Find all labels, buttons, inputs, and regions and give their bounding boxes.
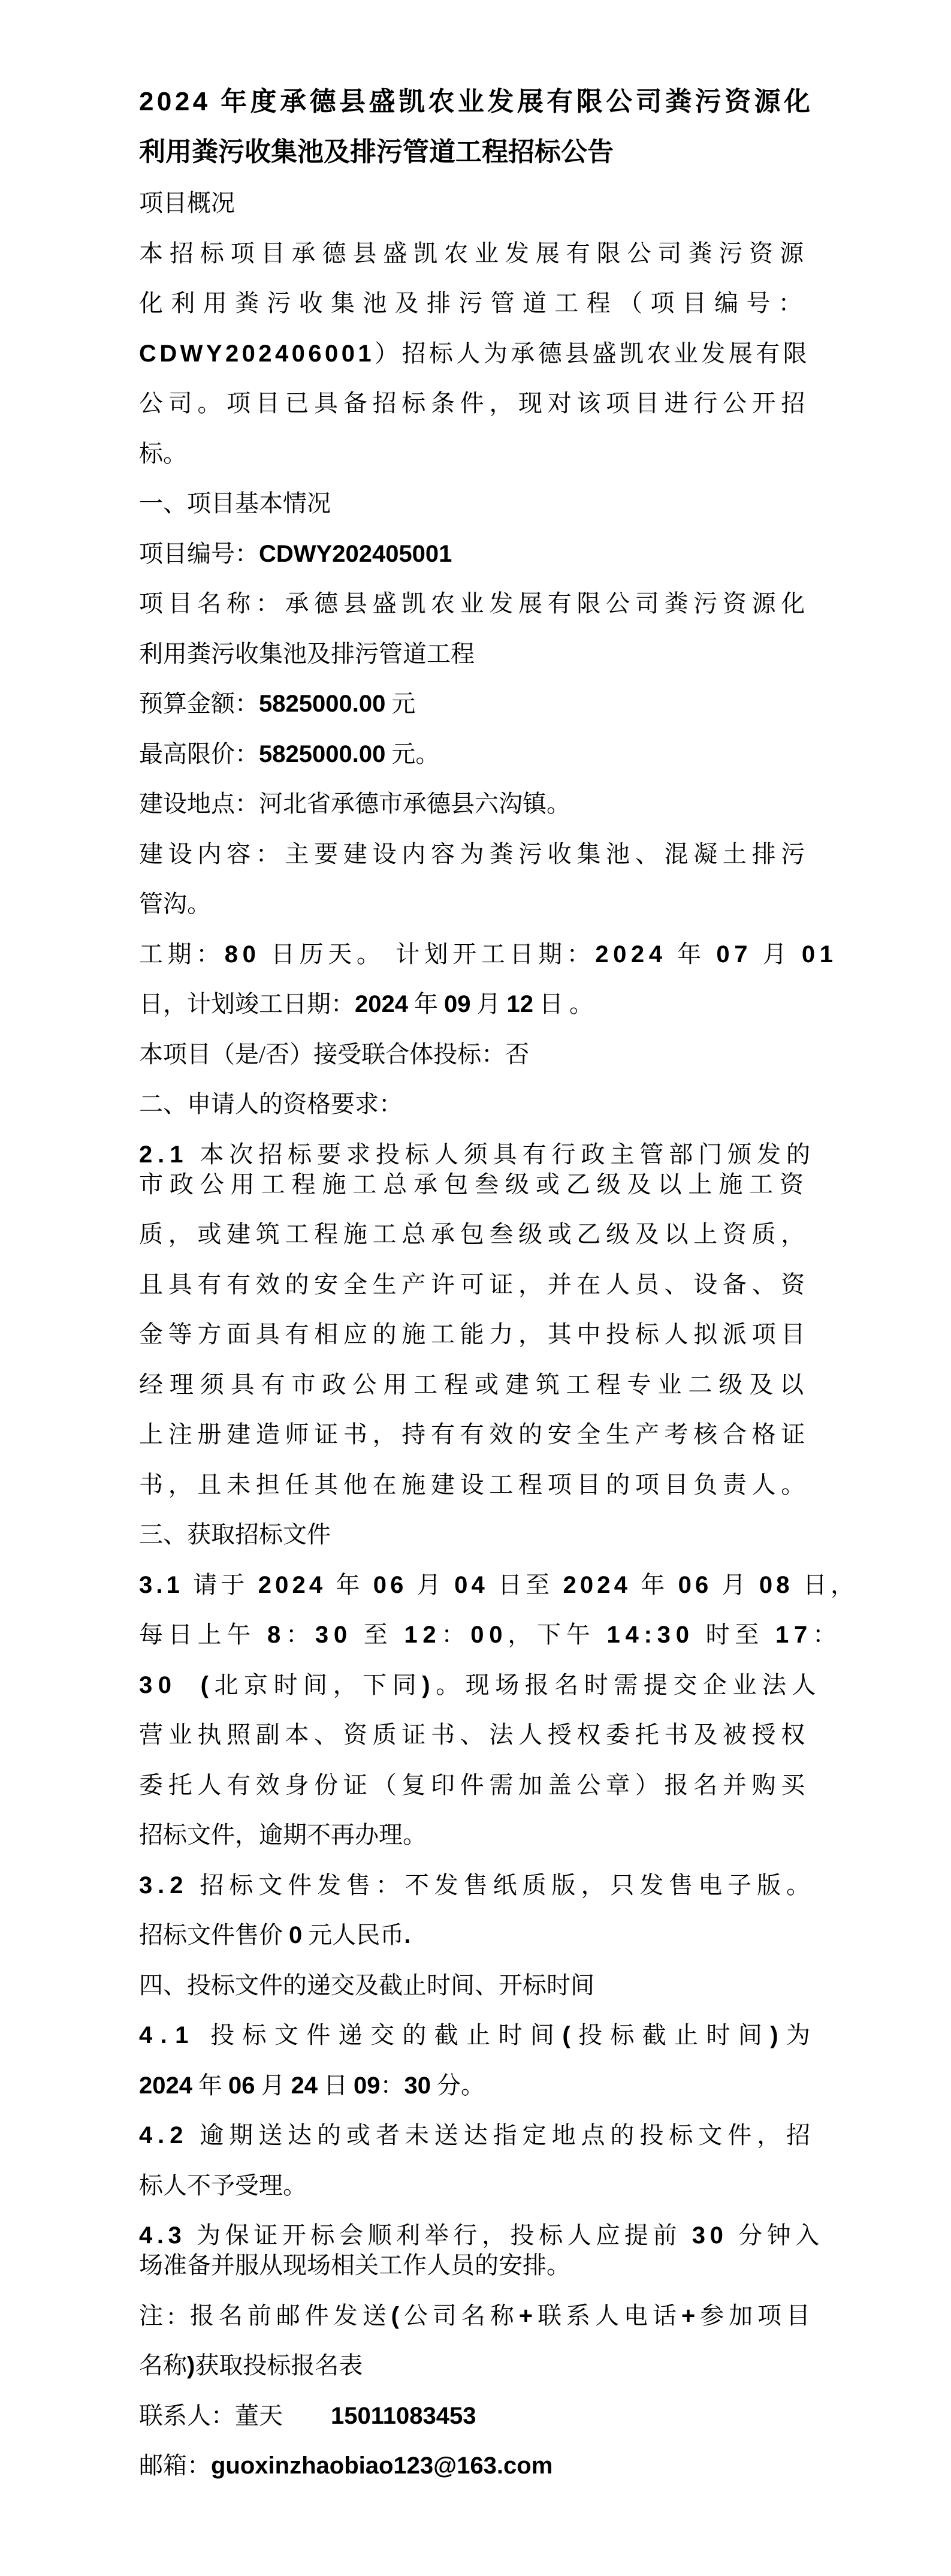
email-line: 邮箱：guoxinzhaobiao123@163.com [139, 2454, 810, 2478]
document-body: 2024 年度承德县盛凯农业发展有限公司粪污资源化利用粪污收集池及排污管道工程招… [139, 89, 810, 2478]
document-page: 2024 年度承德县盛凯农业发展有限公司粪污资源化利用粪污收集池及排污管道工程招… [0, 0, 951, 2576]
line-text: 4.2 逾期送达的或者未送达指定地点的投标文件，招 [139, 2123, 816, 2147]
location-line: 建设地点：河北省承德市承德县六沟镇。 [139, 792, 810, 816]
line-text: 3.2 招标文件发售：不发售纸质版，只发售电子版。 [139, 1873, 816, 1897]
body-line: 4.3 为保证开标会顺利举行，投标人应提前 30 分钟入 [139, 2224, 810, 2247]
section-heading: 一、项目基本情况 [139, 492, 810, 516]
contact-person-line: 联系人：董天 15011083453 [139, 2404, 810, 2428]
line-text: 且具有有效的安全生产许可证，并在人员、设备、资 [139, 1273, 810, 1297]
line-text: 3.1 请于 2024 年 06 月 04 日至 2024 年 06 月 08 … [139, 1573, 858, 1597]
line-text: 化利用粪污收集池及排污管道工程（项目编号： [139, 291, 810, 315]
line-text: 招标文件，逾期不再办理。 [139, 1823, 427, 1847]
line-text: 项目名称：承德县盛凯农业发展有限公司粪污资源化 [139, 592, 810, 616]
body-line: 4.2 逾期送达的或者未送达指定地点的投标文件，招 [139, 2123, 810, 2147]
line-text: 四、投标文件的递交及截止时间、开标时间 [139, 1974, 594, 1997]
body-line: 营业执照副本、资质证书、法人授权委托书及被授权 [139, 1723, 810, 1747]
line-text: 项目编号：CDWY202405001 [139, 542, 452, 566]
line-text: 建设地点：河北省承德市承德县六沟镇。 [139, 792, 570, 816]
line-text: 每日上午 8：30 至 12：00，下午 14:30 时至 17： [139, 1623, 842, 1647]
project-name-line: 项目名称：承德县盛凯农业发展有限公司粪污资源化 [139, 592, 810, 616]
body-line: 上注册建造师证书，持有有效的安全生产考核合格证 [139, 1423, 810, 1447]
body-line: 化利用粪污收集池及排污管道工程（项目编号： [139, 291, 810, 315]
body-line: 公司。项目已具备招标条件，现对该项目进行公开招 [139, 391, 810, 415]
line-text: 利用粪污收集池及排污管道工程招标公告 [139, 139, 614, 165]
line-text: 联系人：董天 15011083453 [139, 2404, 476, 2428]
line-text: 2024 年 06 月 24 日 09：30 分。 [139, 2074, 485, 2098]
body-line: 4.1 投标文件递交的截止时间(投标截止时间)为 [139, 2023, 810, 2047]
body-line: 书，且未担任其他在施建设工程项目的项目负责人。 [139, 1473, 810, 1497]
section-heading: 三、获取招标文件 [139, 1523, 810, 1547]
line-text: 标。 [139, 442, 187, 466]
line-text: 本招标项目承德县盛凯农业发展有限公司粪污资源 [139, 242, 810, 266]
body-line: 3.1 请于 2024 年 06 月 04 日至 2024 年 06 月 08 … [139, 1573, 810, 1597]
line-text: 场准备并服从现场相关工作人员的安排。 [139, 2253, 570, 2277]
body-line: 2.1 本次招标要求投标人须具有行政主管部门颁发的 [139, 1143, 810, 1167]
body-line: 质，或建筑工程施工总承包叁级或乙级及以上资质， [139, 1222, 810, 1246]
document-title-line: 2024 年度承德县盛凯农业发展有限公司粪污资源化 [139, 89, 810, 115]
body-line: 场准备并服从现场相关工作人员的安排。 [139, 2253, 810, 2277]
body-line: 2024 年 06 月 24 日 09：30 分。 [139, 2074, 810, 2098]
line-text: 工期：80 日历天。 计划开工日期：2024 年 07 月 01 [139, 942, 838, 966]
section-heading: 项目概况 [139, 191, 810, 215]
body-line: 委托人有效身份证（复印件需加盖公章）报名并购买 [139, 1773, 810, 1797]
line-text: 书，且未担任其他在施建设工程项目的项目负责人。 [139, 1473, 810, 1497]
line-text: 委托人有效身份证（复印件需加盖公章）报名并购买 [139, 1773, 810, 1797]
line-text: 项目概况 [139, 191, 235, 215]
line-text: 二、申请人的资格要求： [139, 1092, 403, 1116]
line-text: 预算金额：5825000.00 元 [139, 692, 415, 716]
body-line: 金等方面具有相应的施工能力，其中投标人拟派项目 [139, 1322, 810, 1346]
content-line: 建设内容：主要建设内容为粪污收集池、混凝土排污 [139, 842, 810, 866]
section-heading: 二、申请人的资格要求： [139, 1092, 810, 1116]
line-text: 最高限价：5825000.00 元。 [139, 742, 439, 766]
schedule-line: 日，计划竣工日期：2024 年 09 月 12 日 。 [139, 992, 810, 1016]
line-text: 管沟。 [139, 892, 211, 916]
body-line: 30 (北京时间，下同)。现场报名时需提交企业法人 [139, 1673, 810, 1697]
line-text: 利用粪污收集池及排污管道工程 [139, 642, 475, 666]
note-line: 名称)获取投标报名表 [139, 2354, 810, 2378]
line-text: CDWY202406001）招标人为承德县盛凯农业发展有限 [139, 342, 810, 366]
content-line: 管沟。 [139, 892, 810, 916]
project-number-line: 项目编号：CDWY202405001 [139, 542, 810, 566]
line-text: 标人不予受理。 [139, 2174, 307, 2198]
line-text: 上注册建造师证书，持有有效的安全生产考核合格证 [139, 1423, 810, 1447]
line-text: 日，计划竣工日期：2024 年 09 月 12 日 。 [139, 992, 593, 1016]
line-text: 邮箱：guoxinzhaobiao123@163.com [139, 2454, 553, 2478]
line-text: 注: 报名前邮件发送(公司名称+联系人电话+参加项目 [139, 2304, 815, 2328]
line-text: 一、项目基本情况 [139, 492, 331, 516]
body-line: CDWY202406001）招标人为承德县盛凯农业发展有限 [139, 342, 810, 366]
note-line: 注: 报名前邮件发送(公司名称+联系人电话+参加项目 [139, 2304, 810, 2328]
line-text: 招标文件售价 0 元人民币. [139, 1923, 410, 1947]
line-text: 建设内容：主要建设内容为粪污收集池、混凝土排污 [139, 842, 810, 866]
line-text: 4.3 为保证开标会顺利举行，投标人应提前 30 分钟入 [139, 2224, 824, 2247]
budget-line: 预算金额：5825000.00 元 [139, 692, 810, 716]
line-text: 2.1 本次招标要求投标人须具有行政主管部门颁发的 [139, 1143, 816, 1167]
body-line: 标。 [139, 442, 810, 466]
line-text: 公司。项目已具备招标条件，现对该项目进行公开招 [139, 391, 810, 415]
line-text: 4.1 投标文件递交的截止时间(投标截止时间)为 [139, 2023, 818, 2047]
body-line: 本招标项目承德县盛凯农业发展有限公司粪污资源 [139, 242, 810, 266]
body-line: 且具有有效的安全生产许可证，并在人员、设备、资 [139, 1273, 810, 1297]
line-text: 本项目（是/否）接受联合体投标：否 [139, 1043, 529, 1066]
line-text: 2024 年度承德县盛凯农业发展有限公司粪污资源化 [139, 89, 813, 115]
body-line: 经理须具有市政公用工程或建筑工程专业二级及以 [139, 1373, 810, 1397]
body-line: 市政公用工程施工总承包叁级或乙级及以上施工资 [139, 1173, 810, 1197]
body-line: 招标文件，逾期不再办理。 [139, 1823, 810, 1847]
schedule-line: 工期：80 日历天。 计划开工日期：2024 年 07 月 01 [139, 942, 810, 966]
line-text: 市政公用工程施工总承包叁级或乙级及以上施工资 [139, 1173, 810, 1197]
line-text: 名称)获取投标报名表 [139, 2354, 363, 2378]
line-text: 金等方面具有相应的施工能力，其中投标人拟派项目 [139, 1322, 810, 1346]
document-title-line: 利用粪污收集池及排污管道工程招标公告 [139, 139, 810, 165]
line-text: 30 (北京时间，下同)。现场报名时需提交企业法人 [139, 1673, 822, 1697]
line-text: 三、获取招标文件 [139, 1523, 331, 1547]
body-line: 招标文件售价 0 元人民币. [139, 1923, 810, 1947]
project-name-line: 利用粪污收集池及排污管道工程 [139, 642, 810, 666]
body-line: 标人不予受理。 [139, 2174, 810, 2198]
body-line: 每日上午 8：30 至 12：00，下午 14:30 时至 17： [139, 1623, 810, 1647]
line-text: 质，或建筑工程施工总承包叁级或乙级及以上资质， [139, 1222, 810, 1246]
body-line: 3.2 招标文件发售：不发售纸质版，只发售电子版。 [139, 1873, 810, 1897]
line-text: 经理须具有市政公用工程或建筑工程专业二级及以 [139, 1373, 810, 1397]
price-cap-line: 最高限价：5825000.00 元。 [139, 742, 810, 766]
consortium-line: 本项目（是/否）接受联合体投标：否 [139, 1043, 810, 1066]
section-heading: 四、投标文件的递交及截止时间、开标时间 [139, 1974, 810, 1997]
line-text: 营业执照副本、资质证书、法人授权委托书及被授权 [139, 1723, 810, 1747]
